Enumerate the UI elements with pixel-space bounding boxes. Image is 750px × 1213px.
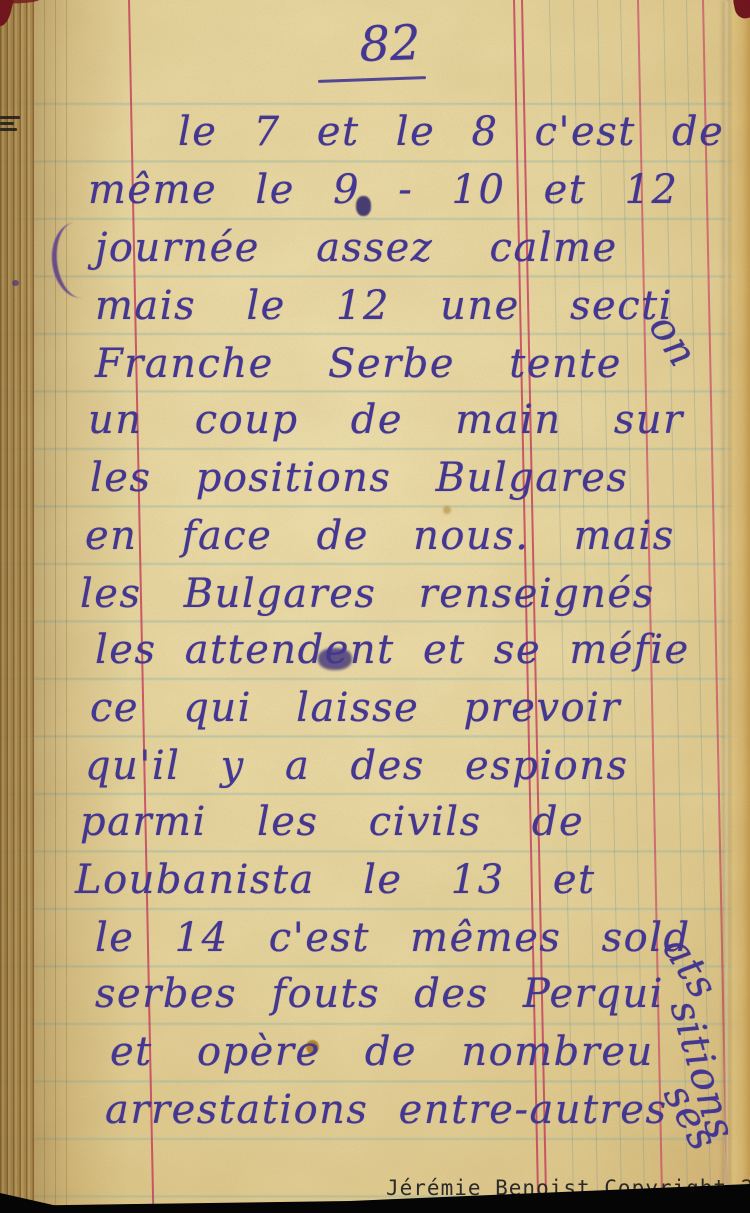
handwriting-layer: le 7 et le 8 c'est demême le 9 - 10 et 1… — [0, 0, 750, 1213]
diary-page-scan: 82 le 7 et le 8 c'est demême le 9 - 10 e… — [0, 0, 750, 1213]
handwriting-line: même le 9 - 10 et 12 — [88, 170, 678, 210]
handwriting-line: journée assez calme — [95, 228, 618, 268]
handwriting-line: et opère de nombreu — [110, 1032, 654, 1072]
handwriting-line: le 7 et le 8 c'est de — [178, 112, 724, 152]
handwriting-line: un coup de main sur — [88, 400, 684, 440]
handwriting-line: Franche Serbe tente — [95, 344, 622, 384]
handwriting-line: Loubanista le 13 et — [75, 860, 596, 900]
handwriting-line: qu'il y a des espions — [85, 746, 629, 786]
handwriting-line: mais le 12 une secti — [95, 286, 673, 326]
handwriting-line: les Bulgares renseignés — [80, 574, 655, 614]
handwriting-line: arrestations entre-autres — [105, 1090, 667, 1130]
handwriting-line: les positions Bulgares — [90, 458, 628, 498]
handwriting-line: le 14 c'est mêmes sold — [95, 918, 691, 958]
handwriting-line: les attendent et se méfie — [95, 630, 690, 670]
handwriting-line: en face de nous. mais — [85, 516, 675, 556]
handwriting-line: ce qui laisse prevoir — [90, 688, 621, 728]
handwriting-line: serbes fouts des Perqui — [95, 974, 664, 1014]
handwriting-line: parmi les civils de — [80, 802, 584, 842]
